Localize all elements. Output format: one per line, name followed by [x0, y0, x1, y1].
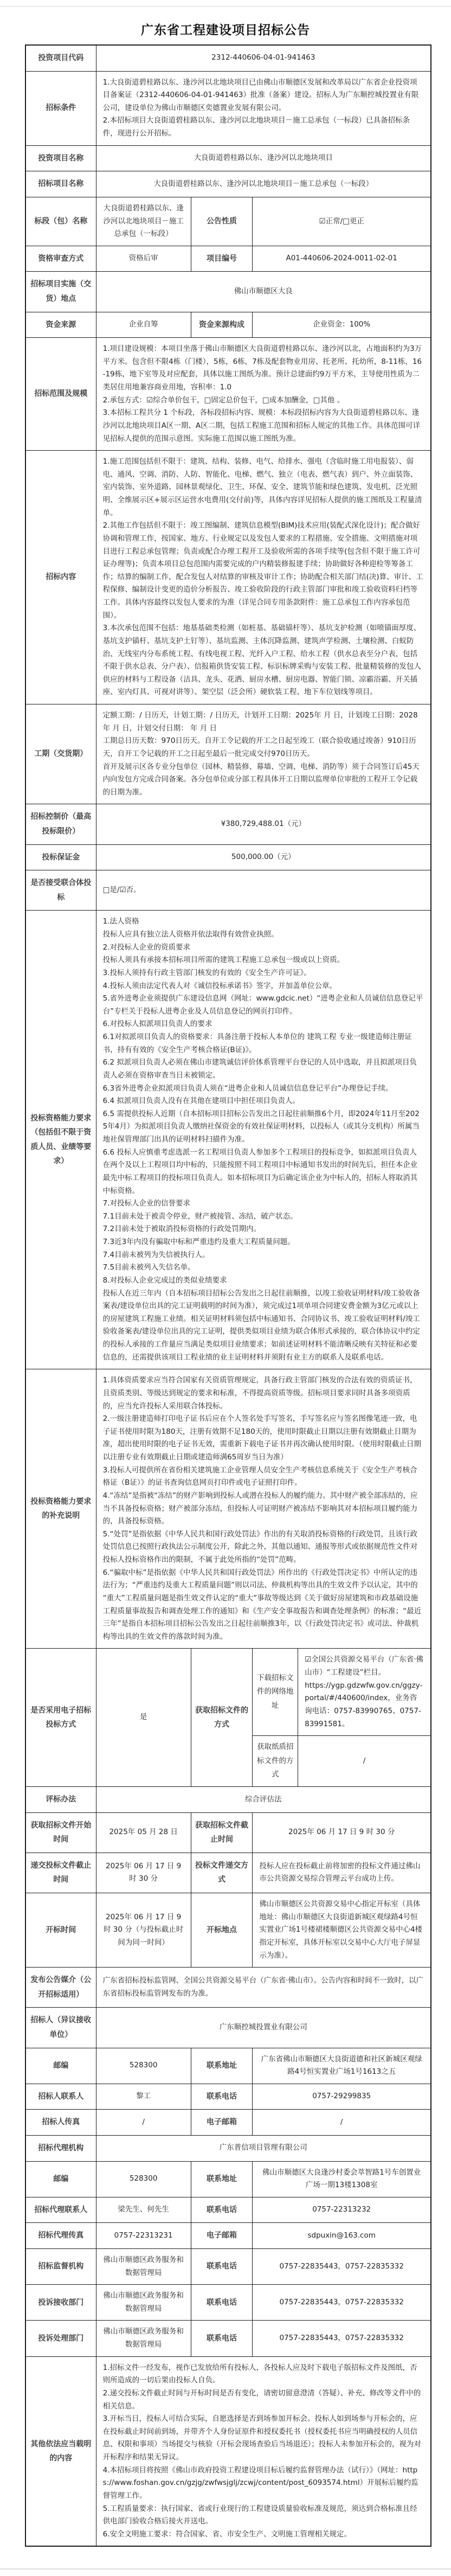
agency-email-label: 电子邮箱	[191, 2223, 253, 2249]
scope-scale-value: 1.项目建设规模：本项目坐落于佛山市顺德区大良街道碧桂路以东、逢沙河以北，占地面…	[96, 338, 431, 451]
agency-value: 广东普信项目管理有限公司	[96, 2135, 431, 2161]
table-row: 其他依法应当载明的内容 1.招标文件一经发布，视作已发放给所有投标人，各投标人应…	[25, 2356, 431, 2546]
bid-opening-time-value: 2025年 06 月 17 日 9 时 30 分（与投标截止时间为同一时间）	[96, 1893, 191, 1968]
construction-period-label: 工期（交货期）	[25, 704, 96, 804]
table-row: 工期（交货期） 定额工期：/ 日历天，计划工期：/ 日历天，计划开工日期：202…	[25, 704, 431, 804]
table-row: 招标控制价（最高投标限价） ¥380,729,488.01（元）	[25, 804, 431, 844]
table-row: 递交投标文件截止时间 2025年 06 月 17 日 9 时 30 分 投标文件…	[25, 1853, 431, 1893]
evaluation-method-value: 综合评估法	[96, 1787, 431, 1813]
submission-method-label: 投标文件递交方式	[191, 1853, 253, 1893]
table-row: 招标人（异议接收单位） 广东顺控城投置业有限公司	[25, 2008, 431, 2048]
paper-doc-value: /	[298, 1736, 431, 1787]
table-row: 邮编 528300 联系地址 广东省佛山市顺德区大良街道德和社区新城区观绿路4号…	[25, 2048, 431, 2084]
table-row: 评标办法 综合评估法	[25, 1787, 431, 1813]
tenderer-label: 招标人（异议接收单位）	[25, 2008, 96, 2048]
complaint-receiving-value: 佛山市顺德区政务服务和数据管理局	[96, 2285, 191, 2321]
complaint-handling-phone-value: 0757-22835443，0757-22835332	[253, 2321, 431, 2356]
table-row: 招标代理传真 0757-22313231 电子邮箱 sdpuxin@163.co…	[25, 2223, 431, 2249]
table-row: 招标人联系人 黎工 联系电话 0757-29299835	[25, 2084, 431, 2110]
tender-content-value: 1.施工范围包括但不限于：建筑、结构、装修、电气、给排水、强电（含临时施工用电报…	[96, 451, 431, 704]
agency-phone-value: 0757-22313232	[253, 2197, 431, 2223]
table-row: 投标资格能力要求（包括但不限于资质人员、业绩等要求） 1.法人资格 投标人应具有…	[25, 911, 431, 1369]
table-row: 招标人传真 / 电子邮箱 /	[25, 2110, 431, 2136]
tenderer-address-value: 广东省佛山市顺德区大良街道德和社区新城区观绿路4号恒实置业广场1号1613之五	[253, 2048, 431, 2084]
submission-method-value: 投标人应在投标截止前将加密的投标文件通过佛山市公共资源交易综合管理云平台成功上传…	[253, 1853, 431, 1893]
qualification-supplement-label: 投标资格能力要求的补充说明	[25, 1369, 96, 1649]
project-number-label: 项目编号	[191, 246, 253, 272]
complaint-handling-phone-label: 联系电话	[191, 2321, 253, 2356]
table-row: 邮编 528300 联系地址 佛山市顺德区大良逢沙村委会萃智路1号车创置业广场一…	[25, 2161, 431, 2197]
doc-obtain-end-value: 2025年 06 月 17 日 9 时 30 分	[253, 1812, 431, 1853]
bid-bond-value: 500,000.00（元）	[96, 844, 431, 870]
location-value: 佛山市顺德区大良	[96, 272, 431, 312]
download-url-value: ☑全国公共资源交易平台（广东省·佛山市）“工程建设”栏目。 https://yg…	[298, 1649, 431, 1736]
complaint-receiving-phone-label: 联系电话	[191, 2285, 253, 2321]
invest-code-value: 2312-440606-04-01-941463	[96, 45, 431, 71]
section-name-label: 标段（包）名称	[25, 197, 96, 246]
tenderer-postcode-label: 邮编	[25, 2048, 96, 2084]
invest-code-label: 投资项目代码	[25, 45, 96, 71]
table-row: 标段（包）名称 大良街道碧桂路以东、逢沙河以北地块项目－施工总承包（一标段） 公…	[25, 197, 431, 246]
tenderer-fax-value: /	[96, 2110, 191, 2136]
funding-composition-value: 企业资金：100%	[253, 312, 431, 338]
table-row: 投资项目代码 2312-440606-04-01-941463	[25, 45, 431, 71]
table-row: 发布公告媒介（公开招标适用） 广东省招标投标监管网、全国公共资源交易平台（广东省…	[25, 1968, 431, 2008]
agency-address-value: 佛山市顺德区大良逢沙村委会萃智路1号车创置业广场一期13楼1308室	[253, 2161, 431, 2197]
table-row: 资金来源 企业自筹 资金来源构成 企业资金：100%	[25, 312, 431, 338]
invest-project-name-label: 投资项目名称	[25, 145, 96, 171]
agency-postcode-label: 邮编	[25, 2161, 96, 2197]
qualification-review-label: 资格审查方式	[25, 246, 96, 272]
supervision-org-label: 招标监督机构	[25, 2248, 96, 2284]
doc-obtain-end-label: 获取招标文件截止时间	[191, 1812, 253, 1853]
funding-label: 资金来源	[25, 312, 96, 338]
download-url-label: 下载招标文件的网络地址	[253, 1649, 298, 1736]
supervision-org-value: 佛山市顺德区政务服务和数据管理局	[96, 2248, 191, 2284]
table-row: 招标项目名称 大良街道碧桂路以东、逢沙河以北地块项目－施工总承包（一标段）	[25, 171, 431, 197]
announcement-media-value: 广东省招标投标监管网、全国公共资源交易平台（广东省·佛山市）。公告内容和时间不一…	[96, 1968, 431, 2008]
table-row: 开标时间 2025年 06 月 17 日 9 时 30 分（与投标截止时间为同一…	[25, 1893, 431, 1968]
table-row: 是否采用电子招标投标方式 是 获取招标文件的方式 下载招标文件的网络地址 ☑全国…	[25, 1649, 431, 1736]
section-name-value: 大良街道碧桂路以东、逢沙河以北地块项目－施工总承包（一标段）	[96, 197, 191, 246]
electronic-bidding-label: 是否采用电子招标投标方式	[25, 1649, 96, 1787]
doc-obtain-start-value: 2025年 05 月 28 日	[96, 1812, 191, 1853]
agency-label: 招标代理机构	[25, 2135, 96, 2161]
top-divider	[0, 6, 451, 7]
tenderer-address-label: 联系地址	[191, 2048, 253, 2084]
tender-conditions-label: 招标条件	[25, 71, 96, 145]
other-contents-label: 其他依法应当载明的内容	[25, 2356, 96, 2546]
qualification-requirements-value: 1.法人资格 投标人应具有独立法人资格并依法取得有效营业执照。 2.对投标人企业…	[96, 911, 431, 1369]
table-row: 投诉接收部门 佛山市顺德区政务服务和数据管理局 联系电话 0757-228354…	[25, 2285, 431, 2321]
agency-address-label: 联系地址	[191, 2161, 253, 2197]
submission-deadline-value: 2025年 06 月 17 日 9 时 30 分	[96, 1853, 191, 1893]
table-row: 招标条件 1.大良街道碧桂路以东、逢沙河以北地块项目已由佛山市顺德区发展和改革局…	[25, 71, 431, 145]
tenderer-contact-label: 招标人联系人	[25, 2084, 96, 2110]
table-row: 投诉处理部门 佛山市顺德区政务服务和数据管理局 联系电话 0757-228354…	[25, 2321, 431, 2356]
construction-period-value: 定额工期：/ 日历天，计划工期：/ 日历天，计划开工日期：2025年 月 日，计…	[96, 704, 431, 804]
tenderer-fax-label: 招标人传真	[25, 2110, 96, 2136]
agency-email-value: sdpuxin@163.com	[253, 2223, 431, 2249]
qualification-review-value: 资格后审	[96, 246, 191, 272]
table-row: 投标保证金 500,000.00（元）	[25, 844, 431, 870]
complaint-handling-label: 投诉处理部门	[25, 2321, 96, 2356]
table-row: 招标代理机构 广东普信项目管理有限公司	[25, 2135, 431, 2161]
tenderer-value: 广东顺控城投置业有限公司	[96, 2008, 431, 2048]
other-contents-value: 1.招标文件一经发布，视作已发放给所有投标人，各投标人应及时下载电子版招标文件及…	[96, 2356, 431, 2546]
control-price-value: ¥380,729,488.01（元）	[96, 804, 431, 844]
tender-project-name-value: 大良街道碧桂路以东、逢沙河以北地块项目－施工总承包（一标段）	[96, 171, 431, 197]
submission-deadline-label: 递交投标文件截止时间	[25, 1853, 96, 1893]
bid-opening-place-label: 开标地点	[191, 1893, 253, 1968]
tenderer-phone-label: 联系电话	[191, 2084, 253, 2110]
location-label: 招标项目实施（交货）地点	[25, 272, 96, 312]
table-row: 招标范围及规模 1.项目建设规模：本项目坐落于佛山市顺德区大良街道碧桂路以东、逢…	[25, 338, 431, 451]
table-row: 获取招标文件开始时间 2025年 05 月 28 日 获取招标文件截止时间 20…	[25, 1812, 431, 1853]
notice-nature-value: ☑正常/□更正	[253, 197, 431, 246]
qualification-supplement-value: 1.具体资质要求应当符合国家有关资质管理规定，具备行政主管部门核发的合法有效的资…	[96, 1369, 431, 1649]
electronic-bidding-value: 是	[96, 1649, 191, 1787]
bid-opening-place-value: 佛山市顺德区公共资源交易中心指定开标室（具体地址：佛山市顺德区大良街道新城区观绿…	[253, 1893, 431, 1968]
page-title: 广东省工程建设项目招标公告	[0, 20, 451, 38]
tender-announcement-table: 投资项目代码 2312-440606-04-01-941463 招标条件 1.大…	[25, 44, 431, 2547]
tenderer-postcode-value: 528300	[96, 2048, 191, 2084]
table-row: 投标资格能力要求的补充说明 1.具体资质要求应当符合国家有关资质管理规定，具备行…	[25, 1369, 431, 1649]
evaluation-method-label: 评标办法	[25, 1787, 96, 1813]
agency-contact-label: 招标代理联系人	[25, 2197, 96, 2223]
table-row: 投资项目名称 大良街道碧桂路以东、逢沙河以北地块项目	[25, 145, 431, 171]
agency-phone-label: 联系电话	[191, 2197, 253, 2223]
doc-obtain-start-label: 获取招标文件开始时间	[25, 1812, 96, 1853]
complaint-receiving-phone-value: 0757-22835443，0757-22835332	[253, 2285, 431, 2321]
tenderer-email-label: 电子邮箱	[191, 2110, 253, 2136]
agency-postcode-value: 528300	[96, 2161, 191, 2197]
project-number-value: A01-440606-2024-0011-02-01	[253, 246, 431, 272]
table-row: 资格审查方式 资格后审 项目编号 A01-440606-2024-0011-02…	[25, 246, 431, 272]
tender-conditions-value: 1.大良街道碧桂路以东、逢沙河以北地块项目已由佛山市顺德区发展和改革局以广东省企…	[96, 71, 431, 145]
notice-nature-label: 公告性质	[191, 197, 253, 246]
table-row: 招标代理联系人 梁先生、何先生 联系电话 0757-22313232	[25, 2197, 431, 2223]
supervision-phone-value: 0757-22835443，0757-22835332	[253, 2248, 431, 2284]
tender-content-label: 招标内容	[25, 451, 96, 704]
paper-doc-label: 获取纸质招标文件的方式	[253, 1736, 298, 1787]
qualification-requirements-label: 投标资格能力要求（包括但不限于资质人员、业绩等要求）	[25, 911, 96, 1369]
consortium-label: 是否接受联合体投标	[25, 870, 96, 911]
complaint-receiving-label: 投诉接收部门	[25, 2285, 96, 2321]
bid-opening-time-label: 开标时间	[25, 1893, 96, 1968]
agency-fax-value: 0757-22313231	[96, 2223, 191, 2249]
tender-project-name-label: 招标项目名称	[25, 171, 96, 197]
tenderer-contact-value: 黎工	[96, 2084, 191, 2110]
table-row: 是否接受联合体投标 □是/☑否。	[25, 870, 431, 911]
doc-obtain-method-label: 获取招标文件的方式	[191, 1649, 253, 1787]
bid-bond-label: 投标保证金	[25, 844, 96, 870]
bottom-divider	[0, 2568, 451, 2569]
funding-composition-label: 资金来源构成	[191, 312, 253, 338]
table-row: 招标监督机构 佛山市顺德区政务服务和数据管理局 联系电话 0757-228354…	[25, 2248, 431, 2284]
agency-fax-label: 招标代理传真	[25, 2223, 96, 2249]
supervision-phone-label: 联系电话	[191, 2248, 253, 2284]
control-price-label: 招标控制价（最高投标限价）	[25, 804, 96, 844]
complaint-handling-value: 佛山市顺德区政务服务和数据管理局	[96, 2321, 191, 2356]
funding-value: 企业自筹	[96, 312, 191, 338]
tenderer-email-value: /	[253, 2110, 431, 2136]
consortium-value: □是/☑否。	[96, 870, 431, 911]
table-row: 招标内容 1.施工范围包括但不限于：建筑、结构、装修、电气、给排水、强电（含临时…	[25, 451, 431, 704]
scope-scale-label: 招标范围及规模	[25, 338, 96, 451]
table-row: 招标项目实施（交货）地点 佛山市顺德区大良	[25, 272, 431, 312]
agency-contact-value: 梁先生、何先生	[96, 2197, 191, 2223]
tenderer-phone-value: 0757-29299835	[253, 2084, 431, 2110]
announcement-media-label: 发布公告媒介（公开招标适用）	[25, 1968, 96, 2008]
invest-project-name-value: 大良街道碧桂路以东、逢沙河以北地块项目	[96, 145, 431, 171]
